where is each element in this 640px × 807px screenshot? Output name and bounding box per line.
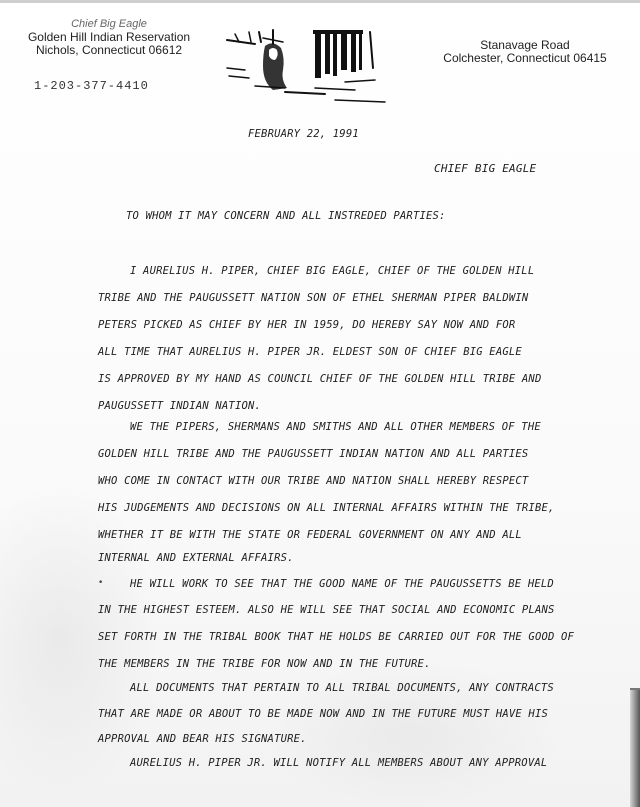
body-line: APPROVAL AND BEAR HIS SIGNATURE.: [98, 733, 307, 745]
body-line: WHETHER IT BE WITH THE STATE OR FEDERAL …: [98, 529, 522, 541]
scan-right-edge: [630, 690, 640, 807]
body-line: ALL TIME THAT AURELIUS H. PIPER JR. ELDE…: [98, 346, 522, 358]
body-line: PAUGUSSETT INDIAN NATION.: [98, 400, 261, 412]
letterhead-city: Nichols, Connecticut 06612: [14, 44, 204, 57]
body-line: HIS JUDGEMENTS AND DECISIONS ON ALL INTE…: [98, 502, 555, 514]
body-line: PETERS PICKED AS CHIEF BY HER IN 1959, D…: [98, 319, 515, 331]
body-line: ALL DOCUMENTS THAT PERTAIN TO ALL TRIBAL…: [130, 682, 554, 694]
body-line: THE MEMBERS IN THE TRIBE FOR NOW AND IN …: [98, 658, 431, 670]
body-line: SET FORTH IN THE TRIBAL BOOK THAT HE HOL…: [98, 631, 574, 643]
stray-mark: •: [98, 578, 103, 588]
scan-top-edge: [0, 0, 640, 3]
body-line: I AURELIUS H. PIPER, CHIEF BIG EAGLE, CH…: [130, 265, 534, 277]
body-line: HE WILL WORK TO SEE THAT THE GOOD NAME O…: [130, 578, 554, 590]
tribal-scene-illustration-icon: [225, 28, 395, 106]
sender-title: CHIEF BIG EAGLE: [434, 162, 536, 175]
body-line: INTERNAL AND EXTERNAL AFFAIRS.: [98, 552, 294, 564]
body-line: WE THE PIPERS, SHERMANS AND SMITHS AND A…: [130, 421, 541, 433]
letterhead-phone: 1-203-377-4410: [34, 79, 149, 93]
body-line: IS APPROVED BY MY HAND AS COUNCIL CHIEF …: [98, 373, 541, 385]
letterhead-right: Stanavage Road Colchester, Connecticut 0…: [415, 39, 635, 65]
letterhead-left: Chief Big Eagle Golden Hill Indian Reser…: [14, 18, 204, 57]
body-line: IN THE HIGHEST ESTEEM. ALSO HE WILL SEE …: [98, 604, 555, 616]
salutation: TO WHOM IT MAY CONCERN AND ALL INSTREDED…: [126, 210, 446, 222]
letterhead-city-right: Colchester, Connecticut 06415: [415, 52, 635, 65]
body-line: AURELIUS H. PIPER JR. WILL NOTIFY ALL ME…: [130, 757, 547, 769]
letter-page: Chief Big Eagle Golden Hill Indian Reser…: [0, 0, 640, 807]
letter-date: FEBRUARY 22, 1991: [248, 128, 359, 140]
body-line: THAT ARE MADE OR ABOUT TO BE MADE NOW AN…: [98, 708, 548, 720]
body-line: WHO COME IN CONTACT WITH OUR TRIBE AND N…: [98, 475, 528, 487]
body-line: TRIBE AND THE PAUGUSSETT NATION SON OF E…: [98, 292, 528, 304]
body-line: GOLDEN HILL TRIBE AND THE PAUGUSSETT IND…: [98, 448, 528, 460]
